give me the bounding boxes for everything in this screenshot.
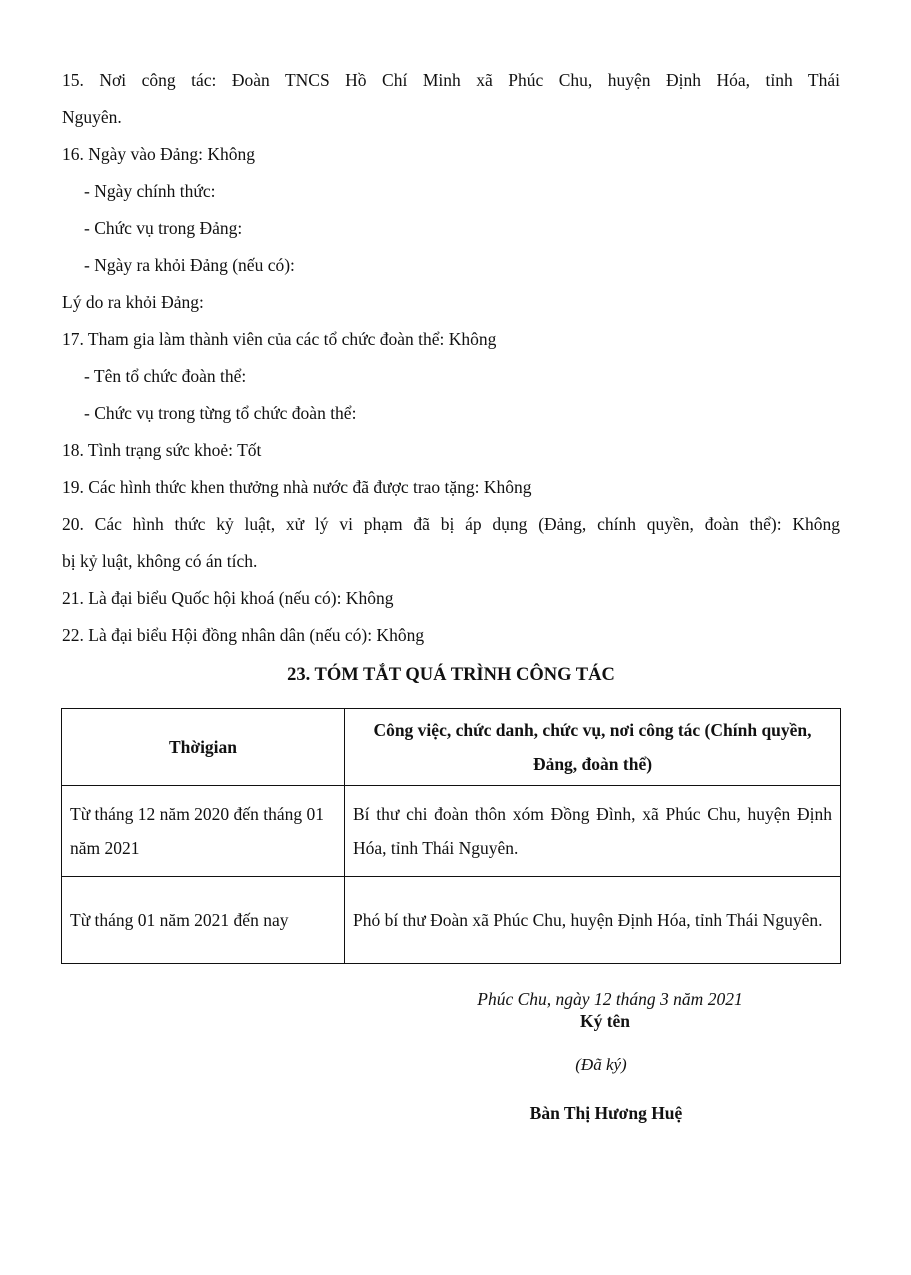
signature-label: Ký tên [420,1010,790,1032]
cell-work: Phó bí thư Đoàn xã Phúc Chu, huyện Định … [345,877,841,964]
signature-block: Phúc Chu, ngày 12 tháng 3 năm 2021 Ký tê… [430,988,790,1124]
item-16-party-position: - Chức vụ trong Đảng: [62,210,840,247]
item-20-discipline-line-2: bị kỷ luật, không có án tích. [62,543,840,580]
item-16-party-join-date: 16. Ngày vào Đảng: Không [62,136,840,173]
header-work: Công việc, chức danh, chức vụ, nơi công … [345,709,841,786]
cell-work: Bí thư chi đoàn thôn xóm Đồng Đình, xã P… [345,786,841,877]
item-16-leave-reason: Lý do ra khỏi Đảng: [62,284,840,321]
item-17-org-name: - Tên tổ chức đoàn thể: [62,358,840,395]
table-row: Từ tháng 01 năm 2021 đến nay Phó bí thư … [62,877,841,964]
signature-place-date: Phúc Chu, ngày 12 tháng 3 năm 2021 [430,988,790,1010]
header-time: Thờigian [62,709,345,786]
item-16-leave-date: - Ngày ra khỏi Đảng (nếu có): [62,247,840,284]
section-23-title: 23. TÓM TẮT QUÁ TRÌNH CÔNG TÁC [62,660,840,690]
work-history-table: Thờigian Công việc, chức danh, chức vụ, … [61,708,841,964]
item-18-health: 18. Tình trạng sức khoẻ: Tốt [62,432,840,469]
item-17-org-position: - Chức vụ trong từng tổ chức đoàn thể: [62,395,840,432]
item-21-national-assembly: 21. Là đại biểu Quốc hội khoá (nếu có): … [62,580,840,617]
table-header-row: Thờigian Công việc, chức danh, chức vụ, … [62,709,841,786]
signature-status: (Đã ký) [412,1054,790,1076]
cell-time: Từ tháng 01 năm 2021 đến nay [62,877,345,964]
item-22-peoples-council: 22. Là đại biểu Hội đồng nhân dân (nếu c… [62,617,840,654]
item-15-line-2: Nguyên. [62,99,840,136]
cell-time: Từ tháng 12 năm 2020 đến tháng 01 năm 20… [62,786,345,877]
item-19-awards: 19. Các hình thức khen thưởng nhà nước đ… [62,469,840,506]
item-16-official-date: - Ngày chính thức: [62,173,840,210]
item-17-organizations: 17. Tham gia làm thành viên của các tổ c… [62,321,840,358]
item-20-discipline-line-1: 20. Các hình thức kỷ luật, xử lý vi phạm… [62,506,840,543]
table-row: Từ tháng 12 năm 2020 đến tháng 01 năm 20… [62,786,841,877]
signer-name: Bàn Thị Hương Huệ [422,1102,790,1124]
document-body: 15. Nơi công tác: Đoàn TNCS Hồ Chí Minh … [62,62,840,654]
item-15-line-1: 15. Nơi công tác: Đoàn TNCS Hồ Chí Minh … [62,62,840,99]
